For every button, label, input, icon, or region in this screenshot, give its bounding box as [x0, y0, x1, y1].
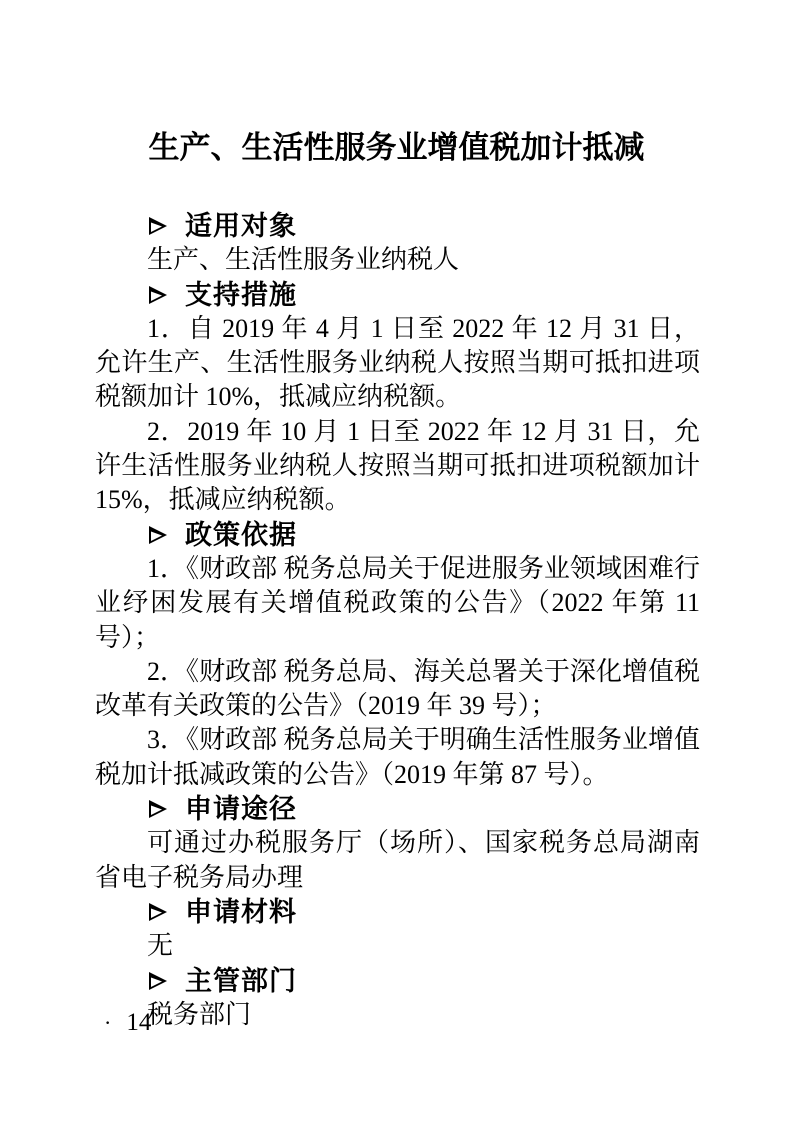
- document-body: 适用对象 生产、生活性服务业纳税人 支持措施 1．自 2019 年 4 月 1 …: [95, 209, 700, 1032]
- section-heading: 申请途径: [95, 792, 700, 826]
- document-section: 主管部门 税务部门: [95, 964, 700, 1033]
- paragraph: 1．《财政部 税务总局关于促进服务业领域困难行业纾困发展有关增值税政策的公告》（…: [95, 552, 700, 655]
- paragraph: 税务部门: [95, 998, 700, 1032]
- arrow-bullet-icon: [147, 524, 169, 546]
- page-footer: ·14·: [104, 1006, 174, 1040]
- arrow-bullet-icon: [147, 798, 169, 820]
- footer-dot-left: ·: [104, 1010, 111, 1035]
- section-heading-label: 政策依据: [185, 518, 297, 552]
- document-section: 适用对象 生产、生活性服务业纳税人: [95, 209, 700, 278]
- arrow-bullet-icon: [147, 901, 169, 923]
- arrow-bullet-icon: [147, 284, 169, 306]
- footer-dot-right: ·: [166, 1010, 173, 1035]
- section-heading-label: 申请途径: [185, 792, 297, 826]
- section-heading: 支持措施: [95, 278, 700, 312]
- document-title: 生产、生活性服务业增值税加计抵减: [0, 126, 793, 170]
- section-heading: 政策依据: [95, 518, 700, 552]
- page-number: 14: [126, 1009, 151, 1036]
- paragraph: 1．自 2019 年 4 月 1 日至 2022 年 12 月 31 日，允许生…: [95, 312, 700, 415]
- document-section: 支持措施 1．自 2019 年 4 月 1 日至 2022 年 12 月 31 …: [95, 278, 700, 518]
- document-section: 申请材料 无: [95, 895, 700, 964]
- section-heading-label: 主管部门: [185, 964, 297, 998]
- document-section: 申请途径 可通过办税服务厅（场所）、国家税务总局湖南省电子税务局办理: [95, 792, 700, 895]
- section-heading: 适用对象: [95, 209, 700, 243]
- paragraph: 无: [95, 929, 700, 963]
- section-heading-label: 适用对象: [185, 209, 297, 243]
- section-heading-label: 支持措施: [185, 278, 297, 312]
- section-heading-label: 申请材料: [185, 895, 297, 929]
- section-heading: 申请材料: [95, 895, 700, 929]
- document-section: 政策依据 1．《财政部 税务总局关于促进服务业领域困难行业纾困发展有关增值税政策…: [95, 518, 700, 792]
- arrow-bullet-icon: [147, 215, 169, 237]
- paragraph: 2．《财政部 税务总局、海关总署关于深化增值税改革有关政策的公告》（2019 年…: [95, 655, 700, 724]
- paragraph: 3．《财政部 税务总局关于明确生活性服务业增值税加计抵减政策的公告》（2019 …: [95, 723, 700, 792]
- paragraph: 2．2019 年 10 月 1 日至 2022 年 12 月 31 日，允许生活…: [95, 415, 700, 518]
- paragraph: 生产、生活性服务业纳税人: [95, 243, 700, 277]
- paragraph: 可通过办税服务厅（场所）、国家税务总局湖南省电子税务局办理: [95, 826, 700, 895]
- document-page: 生产、生活性服务业增值税加计抵减 适用对象 生产、生活性服务业纳税人 支持措施 …: [0, 0, 793, 1122]
- section-heading: 主管部门: [95, 964, 700, 998]
- arrow-bullet-icon: [147, 970, 169, 992]
